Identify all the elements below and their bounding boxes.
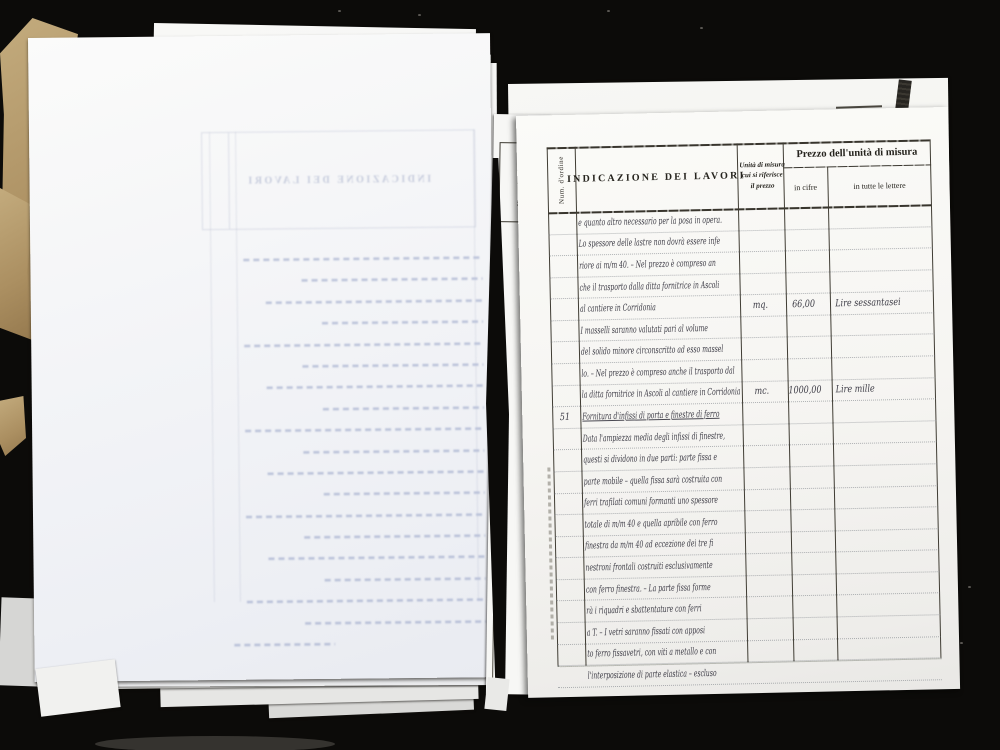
row-text: rà i riquadri e sbattentature con ferri — [587, 603, 702, 616]
bleedthrough-header-text: INDICAZIONE DEI LAVORI — [202, 130, 475, 229]
photo-of-documents: INDICAZIONE DEI LAVORI — [0, 0, 1000, 750]
header-in-lettere: in tutte le lettere — [827, 164, 932, 206]
header-in-cifre: in cifre — [783, 166, 828, 207]
curled-page-edge — [95, 736, 335, 750]
header-unita: Unità di misura cui si riferisce il prez… — [737, 142, 788, 208]
row-text: l'interposizione di parte elastica – esc… — [588, 668, 717, 682]
form-page: Num. d'ordine INDICAZIONE DEI LAVORI Uni… — [516, 107, 960, 698]
row-text: parte mobile – quella fissa sarà costrui… — [584, 473, 723, 487]
top-sheet: INDICAZIONE DEI LAVORI — [28, 33, 497, 682]
kraft-fragment — [0, 396, 26, 456]
page-corner — [484, 677, 509, 711]
row-cifre: 66,00 — [792, 299, 815, 310]
row-text: riore ai m/m 40. – Nel prezzo è compreso… — [579, 258, 716, 272]
row-text: la ditta fornitrice in Ascoli al cantier… — [582, 387, 741, 401]
row-text: che il trasporto dalla ditta fornitrice … — [580, 279, 720, 293]
table-body: e quanto altro necessario per la posa in… — [548, 205, 942, 688]
row-text: Data l'ampiezza media degli infissi di f… — [583, 430, 725, 444]
row-lettere: Lire sessantasei — [835, 297, 901, 309]
bleedthrough-header-box: INDICAZIONE DEI LAVORI — [201, 129, 476, 230]
dust-speck — [338, 10, 341, 12]
row-text: questi si dividono in due parti: parte f… — [584, 452, 718, 466]
row-cifre: 1000,00 — [788, 385, 821, 397]
row-text: to ferro fissavetri, con viti a metallo … — [588, 646, 717, 660]
row-text: Lo spessore delle lastre non dovrà esser… — [579, 236, 721, 250]
row-text: nestroni frontali costruiti esclusivamen… — [586, 560, 713, 574]
dust-speck — [700, 27, 703, 29]
row-text: totale di m/m 40 e quella apribile con f… — [585, 517, 718, 531]
row-text: a T. – I vetri saranno fissati con appos… — [587, 625, 705, 638]
bleedthrough: INDICAZIONE DEI LAVORI — [28, 33, 497, 682]
row-num: 51 — [560, 412, 570, 423]
row-text: Fornitura d'infissi di porta e finestre … — [583, 409, 720, 423]
row-text: I masselli saranno valutati pari al volu… — [581, 323, 709, 337]
row-text: finestra da m/m 40 ad eccezione dei tre … — [585, 538, 713, 552]
row-unit: mc. — [755, 386, 770, 397]
row-text: lo. – Nel prezzo è compreso anche il tra… — [582, 365, 735, 379]
row-lettere: Lire mille — [836, 384, 875, 396]
header-prezzo: Prezzo dell'unità di misura — [783, 140, 931, 166]
header-indicazione: INDICAZIONE DEI LAVORI — [575, 143, 738, 211]
header-num-label: Num. d'ordine — [557, 156, 566, 204]
dust-speck — [968, 586, 971, 588]
bleedthrough-handwriting — [230, 243, 486, 652]
row-text: ferri trafilati comuni formanti uno spes… — [584, 495, 718, 509]
row-text: del solido minore circonscritto ad esso … — [581, 344, 724, 358]
dust-speck — [607, 10, 610, 12]
folded-corner — [35, 659, 120, 716]
row-unit: mq. — [753, 300, 768, 311]
row-text: con ferro finestra. – La parte fissa for… — [586, 582, 711, 596]
dust-speck — [960, 642, 963, 644]
row-text: e quanto altro necessario per la posa in… — [579, 214, 723, 228]
dust-speck — [418, 14, 421, 16]
row-text: al cantiere in Corridonia — [580, 302, 656, 315]
